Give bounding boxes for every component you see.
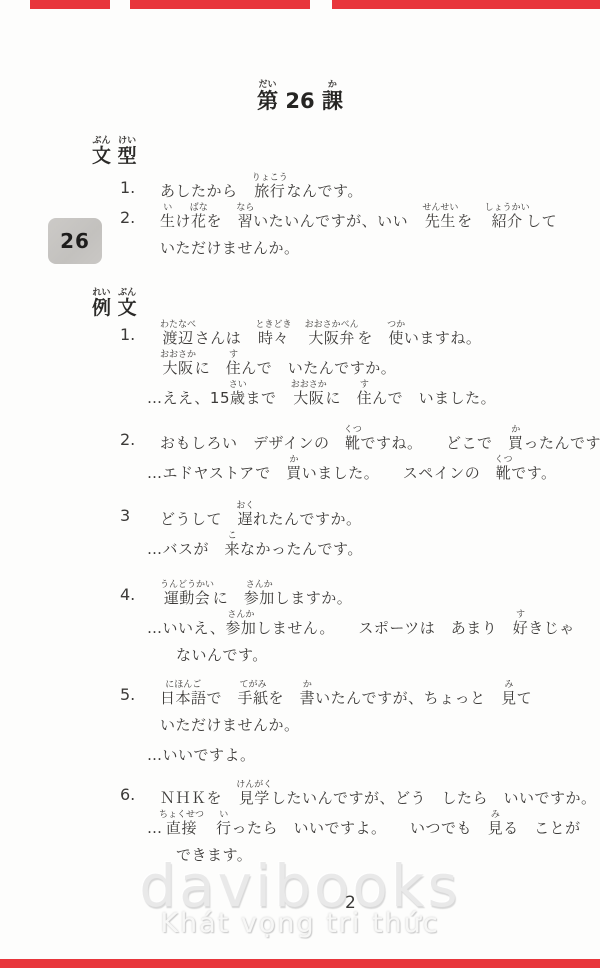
reibun-item-5: 5. 日本語にほんごで 手紙てがみを 書かいたんですが、ちょっと 見みて いただ… [120, 680, 532, 770]
section-heading-bunkei: 文ぶん 型けい [92, 136, 137, 173]
sentence-line: どうして 遅おくれたんですか。 [160, 501, 363, 531]
sentence-line: 大阪おおさかに 住すんで いたんですか。 [160, 350, 496, 380]
sentence-line: ＮＨＫを 見学けんがくしたいんですが、どう したら いいですか。 [160, 780, 597, 810]
reibun-item-3: 3 どうして 遅おくれたんですか。 …バスが 来こなかったんです。 [120, 501, 363, 561]
sentence-line: いただけませんか。 [160, 233, 557, 263]
sentence-line: …エドヤストアで 買かいました。 スペインの 靴くつです。 [147, 455, 600, 485]
red-bar-segment [130, 0, 310, 9]
sentence-line: いただけませんか。 [160, 710, 532, 740]
sentence-line: おもしろい デザインの 靴くつですね。 どこで 買かったんですか。 [160, 425, 600, 455]
textbook-page: 第だい 26 課か 26 文ぶん 型けい 1. あしたから 旅行りょこうなんです… [0, 0, 600, 968]
reibun-item-1: 1. 渡辺わたなべさんは 時々ときどき 大阪弁おおさかべんを 使つかいますね。 … [120, 320, 496, 410]
sentence-line: 運動会うんどうかいに 参加さんかしますか。 [160, 580, 575, 610]
sentence-line: 日本語にほんごで 手紙てがみを 書かいたんですが、ちょっと 見みて [160, 680, 532, 710]
reibun-item-2: 2. おもしろい デザインの 靴くつですね。 どこで 買かったんですか。 …エド… [120, 425, 600, 485]
bunkei-item-2: 2. 生いけ花ばなを 習ならいたいんですが、いい 先生せんせいを 紹介しょうかい… [120, 203, 557, 263]
item-number: 3 [120, 501, 160, 531]
sentence-line: 生いけ花ばなを 習ならいたいんですが、いい 先生せんせいを 紹介しょうかいして [160, 203, 557, 233]
sentence-line: …ええ、15歳さいまで 大阪おおさかに 住すんで いました。 [147, 380, 496, 410]
bunkei-item-1: 1. あしたから 旅行りょこうなんです。 [120, 173, 363, 203]
item-number: 4. [120, 580, 160, 610]
sentence-line: あしたから 旅行りょこうなんです。 [160, 173, 363, 203]
item-number: 5. [120, 680, 160, 710]
sentence-line: ないんです。 [176, 640, 575, 670]
red-bar-segment [332, 0, 600, 9]
bottom-red-trim-bar [0, 959, 600, 968]
sentence-line: …いいえ、参加さんかしません。 スポーツは あまり 好すきじゃ [147, 610, 575, 640]
sentence-line: 渡辺わたなべさんは 時々ときどき 大阪弁おおさかべんを 使つかいますね。 [160, 320, 496, 350]
sentence-line: …いいですよ。 [147, 740, 532, 770]
item-number: 1. [120, 173, 160, 203]
sentence-line: …バスが 来こなかったんです。 [147, 531, 363, 561]
reibun-item-4: 4. 運動会うんどうかいに 参加さんかしますか。 …いいえ、参加さんかしません。… [120, 580, 575, 670]
red-bar-segment [30, 0, 110, 9]
lesson-number-tab: 26 [48, 218, 102, 264]
item-number: 2. [120, 203, 160, 233]
item-number: 6. [120, 780, 160, 810]
lesson-title: 第だい 26 課か [0, 80, 600, 118]
watermark-slogan: Khát vọng tri thức [0, 908, 600, 939]
item-number: 1. [120, 320, 160, 350]
sentence-line: …直接ちょくせつ 行いったら いいですよ。 いつでも 見みる ことが [147, 810, 597, 840]
item-number: 2. [120, 425, 160, 455]
top-red-trim-bar [0, 0, 600, 9]
